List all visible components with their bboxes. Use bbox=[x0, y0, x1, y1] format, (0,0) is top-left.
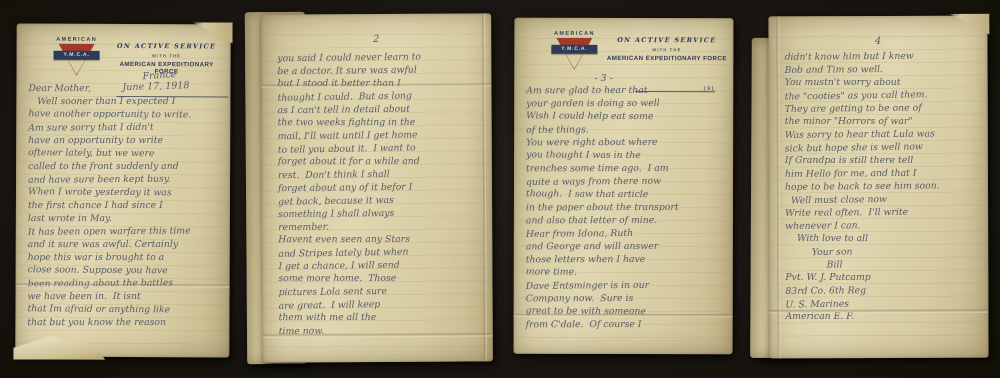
handwritten-line: as I can't tell in detail about bbox=[278, 102, 486, 117]
handwritten-line: be a doctor. It sure was awful bbox=[277, 63, 485, 78]
logo-org-label: AMERICAN bbox=[51, 37, 103, 43]
handwritten-line: Hear from Idona, Ruth bbox=[526, 226, 727, 241]
handwritten-line: Dave Entsminger is in our bbox=[526, 278, 727, 293]
handwritten-line: Bob and Tim so well. bbox=[785, 62, 982, 77]
logo-acronym-label: Y.M.C.A. bbox=[551, 45, 597, 54]
handwritten-line: American E. F. bbox=[785, 310, 982, 323]
ymca-logo-icon: AMERICAN Y.M.C.A. bbox=[50, 37, 102, 78]
handwritten-line: been reading about the battles bbox=[28, 276, 224, 291]
service-line: ON ACTIVE SERVICE bbox=[606, 36, 727, 44]
handwritten-line: in the paper about the transport bbox=[526, 201, 727, 215]
handwritten-line: They are getting to be one of bbox=[785, 101, 982, 116]
logo-org-label: AMERICAN bbox=[548, 31, 600, 37]
handwritten-line: time now. bbox=[279, 323, 487, 338]
handwritten-line: remember. bbox=[278, 219, 486, 234]
logo-triangle: Y.M.C.A. bbox=[56, 44, 96, 78]
handwritten-line: Bill bbox=[785, 257, 982, 272]
handwritten-line: Well sooner than I expected I bbox=[28, 95, 224, 108]
handwritten-line: Company now. Sure is bbox=[526, 292, 727, 306]
handwritten-line: the first chance I had since I bbox=[28, 199, 224, 212]
handwritten-line: great to be with someone bbox=[526, 304, 727, 318]
folded-corner bbox=[949, 14, 989, 36]
letter-page-2: 2 you said I could never learn tobe a do… bbox=[261, 13, 493, 362]
handwritten-line: and also that letter of mine. bbox=[526, 214, 727, 228]
handwritten-line: oftener lately, but we were bbox=[28, 146, 224, 161]
handwritten-line: and George and will answer bbox=[526, 240, 727, 254]
handwritten-body: didn't know him but I knewBob and Tim so… bbox=[785, 50, 983, 324]
handwritten-line: that Im afraid or anything like bbox=[27, 302, 223, 317]
handwritten-line: Am sure sorry that I didn't bbox=[28, 120, 224, 135]
letter-scan: AMERICAN Y.M.C.A. ON ACTIVE SERVICE WITH… bbox=[0, 0, 1000, 378]
letterhead-text: ON ACTIVE SERVICE WITH THE AMERICAN EXPE… bbox=[606, 36, 727, 62]
handwritten-line: When I wrote yesterday it was bbox=[28, 185, 224, 200]
handwritten-line: those letters when I have bbox=[526, 253, 727, 267]
handwritten-body: Am sure glad to hear thatyour garden is … bbox=[526, 84, 728, 332]
logo-triangle: Y.M.C.A. bbox=[554, 38, 594, 72]
handwritten-body: Dear Mother, Well sooner than I expected… bbox=[27, 82, 224, 330]
letter-page-3: AMERICAN Y.M.C.A. ON ACTIVE SERVICE WITH… bbox=[514, 18, 734, 355]
handwritten-line: you thought I was in the bbox=[526, 148, 727, 162]
with-the-line: WITH THE bbox=[606, 47, 727, 52]
handwritten-line: I get a chance, I will send bbox=[278, 258, 486, 273]
handwritten-line: Am sure glad to hear that bbox=[526, 84, 727, 98]
logo-acronym-label: Y.M.C.A. bbox=[54, 51, 100, 60]
handwritten-line: last wrote in May. bbox=[28, 212, 224, 225]
letter-page-4: 4 didn't know him but I knewBob and Tim … bbox=[768, 16, 988, 359]
page-number: - 3 - bbox=[594, 73, 613, 84]
handwritten-line: of the things. bbox=[526, 122, 727, 137]
handwritten-line: If Grandpa is still there tell bbox=[785, 154, 982, 167]
fold-crease bbox=[776, 16, 780, 358]
handwritten-line: You were right about where bbox=[526, 136, 727, 150]
handwritten-line: your garden is doing so well bbox=[526, 97, 727, 111]
handwritten-line: It has been open warfare this time bbox=[28, 224, 224, 239]
handwritten-line: and it sure was awful. Certainly bbox=[28, 238, 224, 251]
force-line: AMERICAN EXPEDITIONARY FORCE bbox=[606, 55, 727, 62]
handwritten-line: hope this war is brought to a bbox=[28, 251, 224, 264]
page-number: 2 bbox=[261, 33, 491, 45]
handwritten-line: the minor "Horrors of war" bbox=[785, 115, 982, 128]
service-line: ON ACTIVE SERVICE bbox=[109, 42, 225, 51]
handwritten-line: trenches some time ago. I am bbox=[526, 162, 727, 176]
handwritten-line: that but you know the reason bbox=[27, 316, 223, 329]
handwritten-line: though. I saw that article bbox=[526, 187, 727, 201]
ymca-logo-icon: AMERICAN Y.M.C.A. bbox=[548, 31, 600, 72]
handwritten-line: Dear Mother, bbox=[28, 82, 224, 95]
handwritten-line: have an opportunity to write bbox=[28, 134, 224, 147]
handwritten-line: called to the front suddenly and bbox=[28, 160, 224, 173]
handwritten-line: we have been in. It isnt bbox=[28, 290, 224, 303]
handwritten-body: you said I could never learn tobe a doct… bbox=[277, 50, 486, 337]
letter-page-1: AMERICAN Y.M.C.A. ON ACTIVE SERVICE WITH… bbox=[15, 24, 230, 358]
torn-corner bbox=[13, 334, 105, 360]
with-the-line: WITH THE bbox=[109, 53, 225, 59]
handwritten-line: from C'dale. Of course I bbox=[526, 318, 727, 332]
handwritten-line: whenever I can. bbox=[785, 218, 982, 233]
page-number: 4 bbox=[768, 36, 987, 48]
handwritten-line: Pvt. W. J. Putcamp bbox=[785, 271, 982, 284]
